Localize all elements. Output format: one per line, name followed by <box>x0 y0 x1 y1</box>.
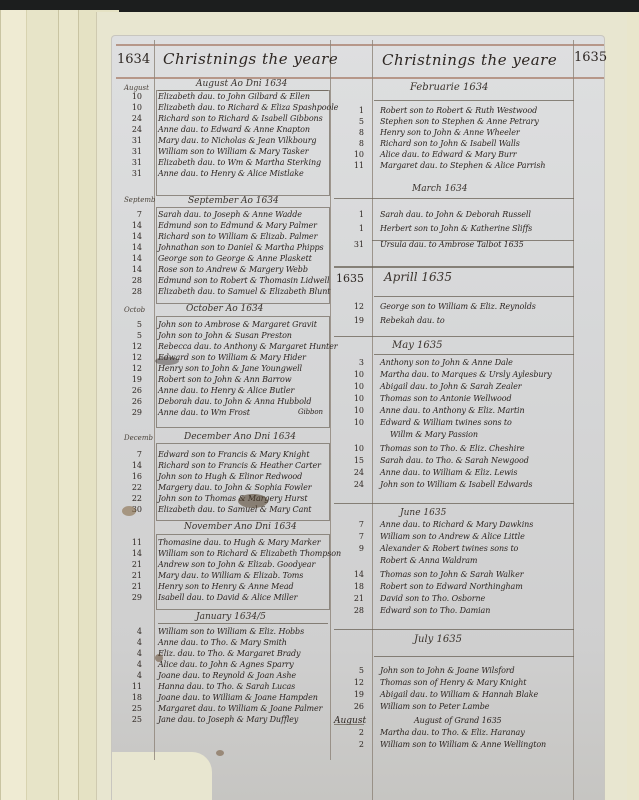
section-rule <box>334 629 574 630</box>
entry-day: 4 <box>118 638 142 647</box>
entry-text: Abigail dau. to William & Hannah Blake <box>380 690 538 699</box>
ink-spot <box>155 654 163 662</box>
entry-text: Joane dau. to Reynold & Joan Ashe <box>158 671 296 680</box>
entry-text: Alice dau. to John & Agnes Sparry <box>158 660 294 669</box>
section-box <box>156 534 330 610</box>
entry-text: Robert son to Robert & Ruth Westwood <box>380 106 537 115</box>
entry-day: 3 <box>340 358 364 367</box>
entry-text: Robert son to Edward Northingham <box>380 582 523 591</box>
entry-day: 12 <box>340 678 364 687</box>
entry-day: 4 <box>118 671 142 680</box>
entry-day: 7 <box>340 532 364 541</box>
month-heading: August Ao Dni 1634 <box>196 79 287 89</box>
entry-day: 4 <box>118 627 142 636</box>
month-heading: Aprill 1635 <box>384 270 452 284</box>
ink-blot <box>155 357 179 365</box>
month-heading: January 1634/5 <box>196 612 266 622</box>
right-edge-line <box>573 40 574 800</box>
entry-day: 22 <box>118 494 142 503</box>
entry-day: 14 <box>118 254 142 263</box>
section-rule <box>334 503 574 504</box>
header-rule-top <box>116 44 604 46</box>
entry-text: John son to John & Joane Wilsford <box>380 666 515 675</box>
entry-text: William son to Peter Lambe <box>380 702 489 711</box>
right-page-title: Christnings the yeare <box>382 51 557 69</box>
entry-text: Anne dau. to Anthony & Eliz. Martin <box>380 406 525 415</box>
entry-text: Jane dau. to Joseph & Mary Duffley <box>158 715 298 724</box>
entry-day: 10 <box>340 150 364 159</box>
month-heading: July 1635 <box>414 634 462 645</box>
entry-day: 21 <box>118 560 142 569</box>
entry-text: Joane dau. to William & Joane Hampden <box>158 693 318 702</box>
entry-day: 4 <box>118 649 142 658</box>
entry-text: Anthony son to John & Anne Dale <box>380 358 513 367</box>
entry-day: 24 <box>340 480 364 489</box>
entry-text: August of Grand 1635 <box>414 716 502 725</box>
entry-day: 25 <box>118 704 142 713</box>
entry-day: 22 <box>118 483 142 492</box>
entry-day: 10 <box>118 103 142 112</box>
left-page-year: 1634 <box>117 52 150 67</box>
entry-text: Abigail dau. to John & Sarah Zealer <box>380 382 521 391</box>
page-divider-line <box>330 40 331 760</box>
right-margin-line <box>372 40 373 800</box>
entry-day: 15 <box>340 456 364 465</box>
entry-day: 5 <box>340 117 364 126</box>
entry-day: 10 <box>340 394 364 403</box>
entry-text: Alexander & Robert twines sons to <box>380 544 518 553</box>
entry-day: 29 <box>118 593 142 602</box>
entry-text: Thomas son to Antonie Wellwood <box>380 394 511 403</box>
left-page-title: Christnings the yeare <box>163 50 338 68</box>
entry-text: Margaret dau. to William & Joane Palmer <box>158 704 322 713</box>
ink-stain <box>238 494 268 508</box>
entry-day: 26 <box>118 397 142 406</box>
entry-day: 19 <box>340 316 364 325</box>
entry-text: William son to William & Eliz. Hobbs <box>158 627 304 636</box>
entry-text: Eliz. dau. to Tho. & Margaret Brady <box>158 649 300 658</box>
entry-day: 28 <box>118 276 142 285</box>
entry-text: Robert & Anna Waldram <box>380 556 477 565</box>
entry-day: 21 <box>118 582 142 591</box>
entry-day: 16 <box>118 472 142 481</box>
entry-day: 2 <box>340 728 364 737</box>
right-page-year: 1635 <box>574 50 607 65</box>
entry-day: 8 <box>340 128 364 137</box>
entry-text: Anne dau. to William & Eliz. Lewis <box>380 468 517 477</box>
entry-text: John son to William & Isabell Edwards <box>380 480 532 489</box>
entry-day: 14 <box>118 243 142 252</box>
entry-text: Anne dau. to Tho. & Mary Smith <box>158 638 287 647</box>
section-rule <box>374 100 574 101</box>
entry-day: 14 <box>118 265 142 274</box>
entry-day: 5 <box>118 331 142 340</box>
entry-day: 10 <box>340 418 364 427</box>
year-rule <box>334 266 574 268</box>
entry-text: William son to William & Anne Wellington <box>380 740 546 749</box>
month-heading: May 1635 <box>392 340 442 351</box>
entry-day: 5 <box>118 320 142 329</box>
entry-day: 2 <box>340 740 364 749</box>
entry-day: 12 <box>118 353 142 362</box>
section-rule <box>334 336 574 337</box>
entry-day: 21 <box>340 594 364 603</box>
entry-day: 18 <box>340 582 364 591</box>
entry-day: 14 <box>118 221 142 230</box>
entry-day: 11 <box>340 161 364 170</box>
entry-day: 11 <box>118 538 142 547</box>
entry-day: 11 <box>118 682 142 691</box>
section-box <box>156 316 330 428</box>
header-rule-bottom <box>116 77 604 79</box>
entry-text: Richard son to John & Isabell Walls <box>380 139 520 148</box>
entry-day: 8 <box>340 139 364 148</box>
entry-text: Martha dau. to Tho. & Eliz. Haranay <box>380 728 525 737</box>
section-box <box>156 207 330 304</box>
entry-text: George son to William & Eliz. Reynolds <box>380 302 536 311</box>
entry-day: 14 <box>340 570 364 579</box>
section-rule <box>374 296 574 297</box>
entry-text: Herbert son to John & Katherine Sliffs <box>380 224 532 233</box>
entry-day: 19 <box>340 690 364 699</box>
entry-day: 7 <box>118 210 142 219</box>
entry-day: 1 <box>340 210 364 219</box>
entry-day: 19 <box>118 375 142 384</box>
entry-day: 14 <box>118 549 142 558</box>
entry-day: 4 <box>118 660 142 669</box>
section-box <box>156 443 330 521</box>
section-rule <box>374 354 574 355</box>
entry-text: Margaret dau. to Stephen & Alice Parrish <box>380 161 545 170</box>
entry-day: 24 <box>118 125 142 134</box>
section-box <box>156 90 330 196</box>
entry-day: 31 <box>118 158 142 167</box>
entry-text: Thomas son to Tho. & Eliz. Cheshire <box>380 444 525 453</box>
ink-stain <box>122 506 136 516</box>
entry-day: 28 <box>340 606 364 615</box>
entry-day: 10 <box>340 370 364 379</box>
sheet-torn-corner <box>112 752 212 800</box>
month-heading: June 1635 <box>400 508 446 518</box>
entry-text: Sarah dau. to Tho. & Sarah Newgood <box>380 456 529 465</box>
entry-text: Thomas son to John & Sarah Walker <box>380 570 524 579</box>
month-heading: March 1634 <box>412 184 468 194</box>
left-margin-line <box>154 40 155 760</box>
entry-text: Anne dau. to Richard & Mary Dawkins <box>380 520 533 529</box>
entry-day: 29 <box>118 408 142 417</box>
section-rule <box>158 623 328 624</box>
entry-day: 10 <box>340 382 364 391</box>
entry-day: 26 <box>340 702 364 711</box>
entry-day: 5 <box>340 666 364 675</box>
entry-text: Martha dau. to Marques & Ursly Aylesbury <box>380 370 552 379</box>
entry-text: Henry son to John & Anne Wheeler <box>380 128 520 137</box>
side-note: Septemb <box>124 196 156 204</box>
entry-day: 10 <box>340 444 364 453</box>
august-rule <box>334 724 364 725</box>
entry-text: Willm & Mary Passion <box>390 430 478 439</box>
entry-text: Alice dau. to Edward & Mary Burr <box>380 150 516 159</box>
month-heading: September Ao 1634 <box>188 196 279 206</box>
section-rule <box>372 240 574 241</box>
entry-day: 26 <box>118 386 142 395</box>
entry-day: 10 <box>118 92 142 101</box>
section-rule <box>374 656 574 657</box>
entry-day: 1 <box>340 106 364 115</box>
entry-day: 12 <box>340 302 364 311</box>
entry-text: Edward son to Tho. Damian <box>380 606 490 615</box>
entry-day: 24 <box>340 468 364 477</box>
month-heading: December Ano Dni 1634 <box>184 432 296 442</box>
entry-text: Ursula dau. to Ambrose Talbot 1635 <box>380 240 524 249</box>
year-margin-label: 1635 <box>336 272 364 285</box>
entry-day: 9 <box>340 544 364 553</box>
ink-spot <box>216 750 224 756</box>
entry-day: 14 <box>118 232 142 241</box>
entry-text: Edward & William twines sons to <box>380 418 512 427</box>
entry-day: 24 <box>118 114 142 123</box>
entry-day: 14 <box>118 461 142 470</box>
side-note: August <box>124 84 149 92</box>
month-heading: November Ano Dni 1634 <box>184 522 297 532</box>
entry-text: Stephen son to Stephen & Anne Petrary <box>380 117 539 126</box>
entry-day: 25 <box>118 715 142 724</box>
section-rule <box>334 198 574 199</box>
month-heading: Februarie 1634 <box>410 82 488 93</box>
entry-day: 12 <box>118 342 142 351</box>
entry-day: 1 <box>340 224 364 233</box>
entry-text: David son to Tho. Osborne <box>380 594 485 603</box>
entry-day: 7 <box>118 450 142 459</box>
entry-day: 21 <box>118 571 142 580</box>
entry-day: 10 <box>340 406 364 415</box>
entry-day: 12 <box>118 364 142 373</box>
month-heading: October Ao 1634 <box>186 304 263 314</box>
side-note: Octob <box>124 306 145 314</box>
entry-text: Hanna dau. to Tho. & Sarah Lucas <box>158 682 295 691</box>
entry-day: 18 <box>118 693 142 702</box>
entry-day: 31 <box>118 147 142 156</box>
entry-day: 7 <box>340 520 364 529</box>
entry-day: 31 <box>118 169 142 178</box>
entry-text: Rebekah dau. to <box>380 316 445 325</box>
entry-day: 31 <box>340 240 364 249</box>
entry-day: 28 <box>118 287 142 296</box>
entry-day: 31 <box>118 136 142 145</box>
entry-text: Thomas son of Henry & Mary Knight <box>380 678 526 687</box>
entry-text: William son to Andrew & Alice Little <box>380 532 525 541</box>
entry-text: Sarah dau. to John & Deborah Russell <box>380 210 531 219</box>
side-note: Decemb <box>124 434 153 442</box>
